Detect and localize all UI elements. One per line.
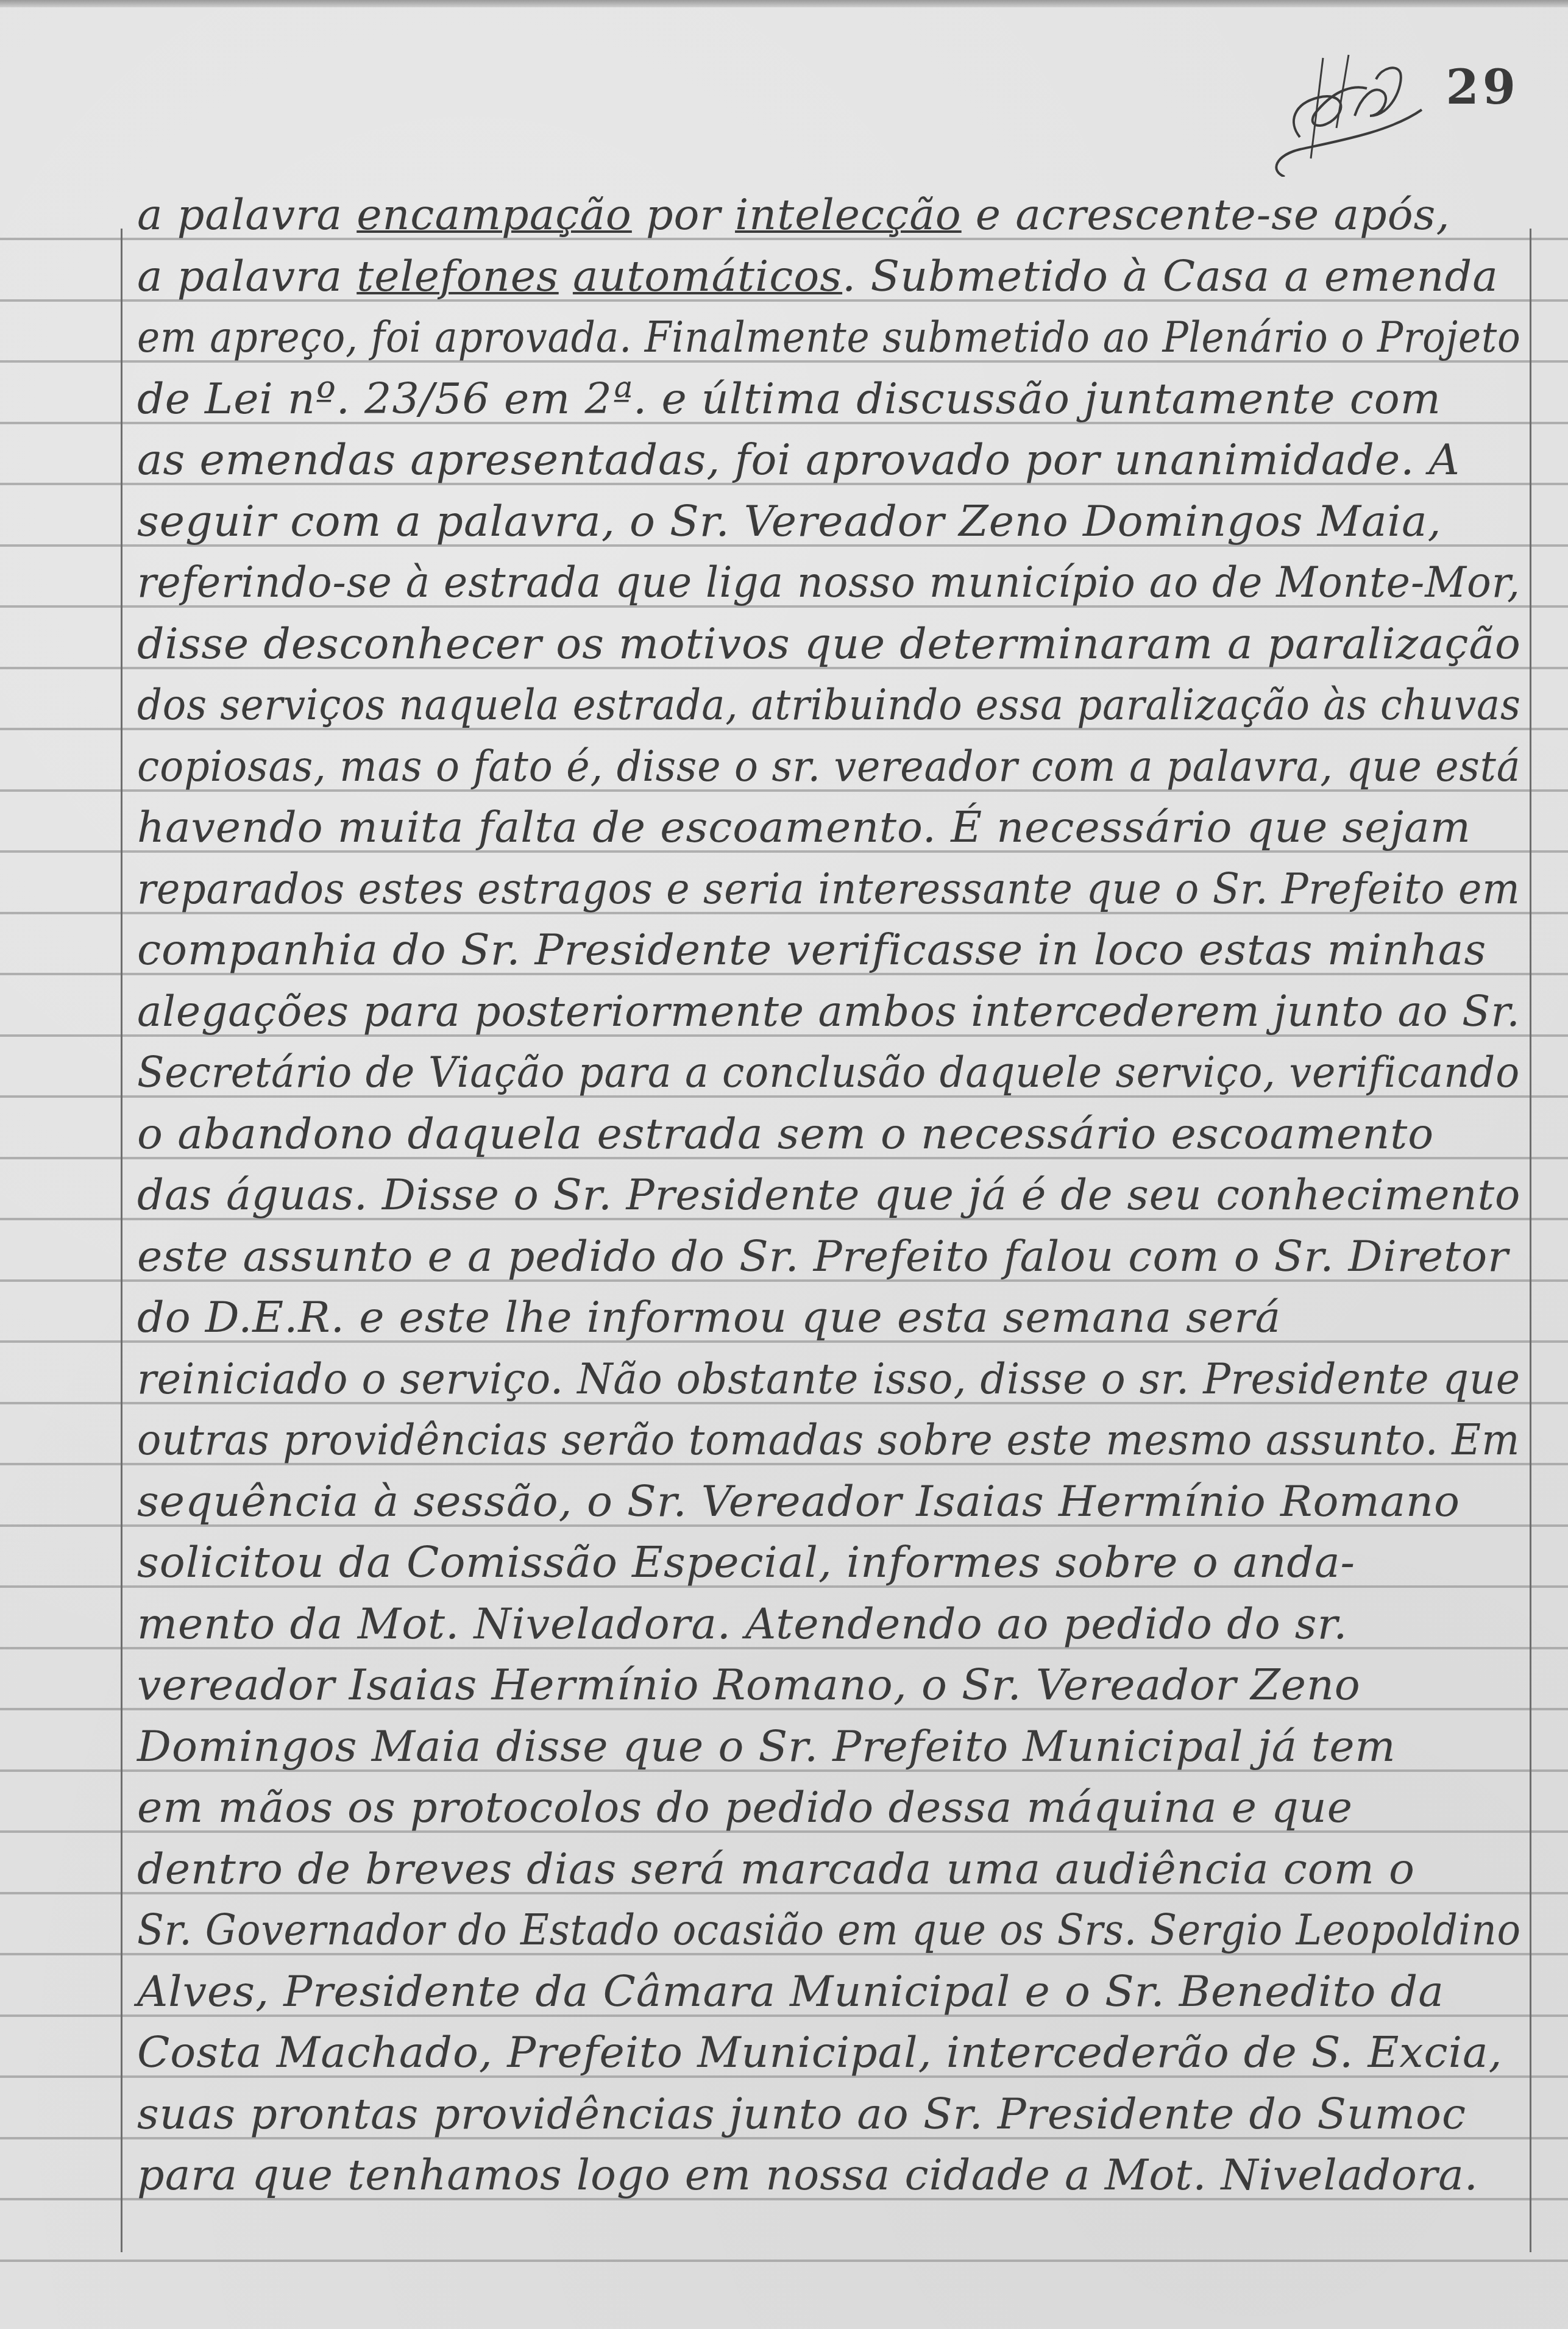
left-margin-line <box>121 229 122 2252</box>
handwritten-line: outras providências serão tomadas sobre … <box>137 1409 1438 1470</box>
page-header: 29 <box>1251 24 1544 171</box>
handwritten-line: dos serviços naquela estrada, atribuindo… <box>137 674 1406 735</box>
handwritten-line: a palavra telefones automáticos. Submeti… <box>137 246 1521 307</box>
page-top-edge <box>0 0 1568 7</box>
handwritten-line: em mãos os protocolos do pedido dessa má… <box>137 1777 1521 1838</box>
handwritten-line: dentro de breves dias será marcada uma a… <box>137 1838 1521 1899</box>
handwritten-line: Secretário de Viação para a conclusão da… <box>137 1042 1424 1103</box>
handwritten-line: Costa Machado, Prefeito Municipal, inter… <box>137 2022 1521 2083</box>
handwritten-line: de Lei nº. 23/56 em 2ª. e última discuss… <box>137 368 1521 429</box>
handwritten-line: sequência à sessão, o Sr. Vereador Isaia… <box>137 1471 1521 1532</box>
handwritten-line: Alves, Presidente da Câmara Municipal e … <box>137 1961 1521 2022</box>
handwritten-line: suas prontas providências junto ao Sr. P… <box>137 2083 1521 2144</box>
handwritten-line: em apreço, foi aprovada. Finalmente subm… <box>137 307 1382 368</box>
handwritten-line: Domingos Maia disse que o Sr. Prefeito M… <box>137 1716 1521 1777</box>
handwritten-line: reparados estes estragos e seria interes… <box>137 858 1424 919</box>
handwritten-line: referindo-se à estrada que liga nosso mu… <box>137 552 1450 613</box>
handwritten-line: solicitou da Comissão Especial, informes… <box>137 1532 1521 1593</box>
handwritten-line: das águas. Disse o Sr. Presidente que já… <box>137 1164 1500 1225</box>
handwritten-line: a palavra encampação por intelecção e ac… <box>137 184 1521 245</box>
page-number: 29 <box>1446 60 1519 115</box>
handwritten-line: alegações para posteriormente ambos inte… <box>137 981 1481 1042</box>
handwritten-line: mento da Mot. Niveladora. Atendendo ao p… <box>137 1593 1521 1654</box>
handwritten-line: copiosas, mas o fato é, disse o sr. vere… <box>137 736 1424 797</box>
signature-rubric-icon <box>1251 30 1446 177</box>
handwritten-line: para que tenhamos logo em nossa cidade a… <box>137 2144 1521 2205</box>
document-page: 29 a palavra encampação por intelecção e… <box>0 0 1568 2329</box>
handwritten-line: do D.E.R. e este lhe informou que esta s… <box>137 1287 1521 1348</box>
handwritten-line: o abandono daquela estrada sem o necessá… <box>137 1103 1521 1164</box>
handwritten-line: Sr. Governador do Estado ocasião em que … <box>137 1899 1408 1960</box>
handwritten-line: seguir com a palavra, o Sr. Vereador Zen… <box>137 491 1521 552</box>
handwritten-line: disse desconhecer os motivos que determi… <box>137 613 1517 674</box>
right-margin-line <box>1530 229 1531 2252</box>
handwritten-line: as emendas apresentadas, foi aprovado po… <box>137 429 1521 490</box>
handwritten-line: este assunto e a pedido do Sr. Prefeito … <box>137 1226 1521 1287</box>
handwritten-line: havendo muita falta de escoamento. É nec… <box>137 797 1521 858</box>
ruled-line <box>0 2260 1568 2262</box>
handwritten-line: companhia do Sr. Presidente verificasse … <box>137 919 1521 980</box>
handwritten-line: vereador Isaias Hermínio Romano, o Sr. V… <box>137 1654 1521 1715</box>
handwritten-line: reiniciado o serviço. Não obstante isso,… <box>137 1348 1456 1409</box>
